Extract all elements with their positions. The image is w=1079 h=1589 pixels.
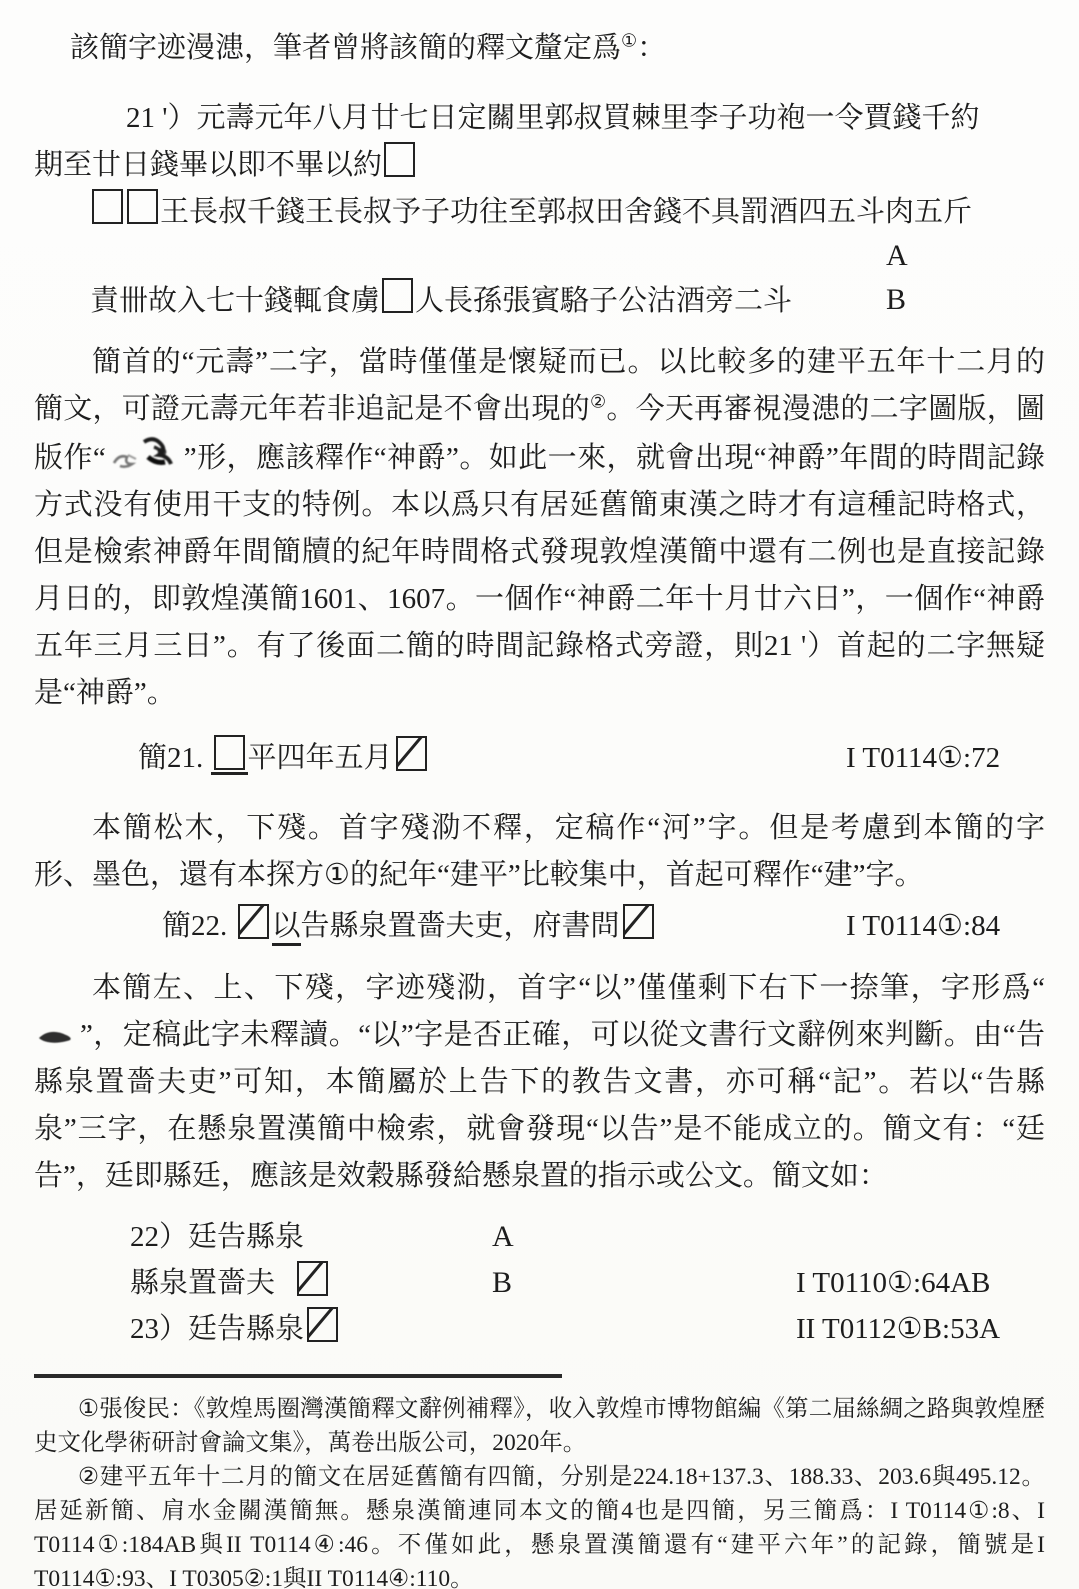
side-label-a: A	[492, 1214, 514, 1260]
quote-row-23: 23）廷告縣泉II T0112①B:53A	[34, 1306, 1045, 1352]
transcription-line-2: 期至廿日錢畢以即不畢以約	[34, 142, 1045, 187]
slip-21-prime-transcription: 21 '）元壽元年八月廿七日定關里郭叔買棘里李子功袍一令賈錢千約 期至廿日錢畢以…	[34, 96, 1045, 323]
slip-22-label: 簡22.	[162, 910, 235, 942]
side-label-a: A	[886, 234, 908, 278]
slip-21-label: 簡21.	[138, 742, 211, 774]
broken-edge-box	[396, 736, 427, 771]
transcription-text: 王長叔千錢王長叔予子功往至郭叔田舍錢不具罰酒四五斗肉五斤	[160, 196, 972, 228]
transcription-text: 責卌故入七十錢輒食虜	[90, 285, 380, 317]
slip-22-text: 告縣泉置嗇夫吏，府書問	[301, 910, 620, 942]
quote-23-catalog-code: II T0112①B:53A	[796, 1306, 1000, 1352]
transcription-text: 21 '）元壽元年八月廿七日定關里郭叔買棘里李子功袍一令賈錢千約	[126, 102, 979, 134]
slip-22-catalog-code: I T0114①:84	[846, 903, 1000, 949]
side-label-b: B	[886, 278, 906, 322]
missing-char-box	[127, 189, 158, 224]
intro-text: 該簡字迹漫漶，筆者曾將該簡的釋文釐定爲	[70, 32, 621, 64]
quote-22-catalog-code: I T0110①:64AB	[796, 1260, 990, 1306]
quote-text: 縣泉置嗇夫	[130, 1267, 275, 1299]
underlined-char: 以	[272, 910, 301, 946]
transcription-line-4: 責卌故入七十錢輒食虜人長孫張賓駱子公沽酒旁二斗B	[34, 278, 1045, 323]
quote-row-22b: 縣泉置嗇夫BI T0110①:64AB	[34, 1260, 1045, 1306]
side-label-b: B	[492, 1260, 512, 1306]
shenjue-calligraphy-image	[108, 433, 182, 477]
slip-21-catalog-code: I T0114①:72	[846, 735, 1000, 781]
transcription-text: 人長孫張賓駱子公沽酒旁二斗	[415, 285, 792, 317]
footnote-2: ②建平五年十二月的簡文在居延舊簡有四簡，分别是224.18+137.3、188.…	[34, 1460, 1045, 1589]
paragraph-text: ”，定稿此字未釋讀。“以”字是否正確，可以從文書行文辭例來判斷。由“告縣泉置嗇夫…	[34, 1019, 1045, 1192]
broken-edge-box	[623, 904, 654, 939]
broken-edge-box	[297, 1261, 328, 1296]
footnote-text: ①張俊民：《敦煌馬圈灣漢簡釋文辭例補釋》，收入敦煌市博物館編《第二届絲綢之路與敦…	[34, 1396, 1045, 1456]
missing-char-box	[92, 189, 123, 224]
broken-edge-box	[307, 1307, 338, 1342]
scanned-paper-page: 該簡字迹漫漶，筆者曾將該簡的釋文釐定爲①： 21 '）元壽元年八月廿七日定關里郭…	[0, 0, 1079, 1589]
missing-char-box	[214, 735, 245, 770]
ink-stroke-image	[36, 1027, 78, 1047]
slip-22-row: 簡22. 以告縣泉置嗇夫吏，府書問I T0114①:84	[34, 903, 1045, 949]
quote-text: 23）廷告縣泉	[130, 1313, 304, 1345]
underlined-missing-char-box	[211, 735, 248, 775]
slip-21-row: 簡21. 平四年五月I T0114①:72	[34, 735, 1045, 781]
quote-row-22: 22）廷告縣泉A	[34, 1214, 1045, 1260]
quote-text: 22）廷告縣泉	[130, 1221, 304, 1253]
paragraph-text: 本簡松木，下殘。首字殘泐不釋，定稿作“河”字。但是考慮到本簡的字形、墨色，還有本…	[34, 812, 1045, 891]
broken-edge-box	[238, 904, 269, 939]
transcription-line-1: 21 '）元壽元年八月廿七日定關里郭叔買棘里李子功袍一令賈錢千約	[34, 96, 1045, 140]
discussion-paragraph-1: 簡首的“元壽”二字，當時僅僅是懷疑而已。以比較多的建平五年十二月的簡文，可證元壽…	[34, 339, 1045, 717]
footnote-ref-2: ②	[590, 391, 606, 411]
missing-char-box	[382, 278, 413, 313]
footnote-text: ②建平五年十二月的簡文在居延舊簡有四簡，分别是224.18+137.3、188.…	[34, 1464, 1045, 1589]
paragraph-text: 本簡左、上、下殘，字迹殘泐，首字“以”僅僅剩下右下一捺筆，字形爲“	[92, 972, 1045, 1004]
footnote-separator-line	[34, 1374, 562, 1378]
footnote-1: ①張俊民：《敦煌馬圈灣漢簡釋文辭例補釋》，收入敦煌市博物館編《第二届絲綢之路與敦…	[34, 1392, 1045, 1460]
paragraph-text: ”形，應該釋作“神爵”。如此一來，就會出現“神爵”年間的時間記錄方式没有使用干支…	[34, 442, 1045, 709]
transcription-line-3: 王長叔千錢王長叔予子功往至郭叔田舍錢不具罰酒四五斗肉五斤	[34, 189, 1045, 234]
slip-21-text: 平四年五月	[248, 742, 393, 774]
intro-paragraph: 該簡字迹漫漶，筆者曾將該簡的釋文釐定爲①：	[34, 26, 1045, 70]
discussion-paragraph-2: 本簡松木，下殘。首字殘泐不釋，定稿作“河”字。但是考慮到本簡的字形、墨色，還有本…	[34, 805, 1045, 899]
footnote-ref-1: ①	[621, 30, 637, 50]
quoted-slips-block: 22）廷告縣泉A 縣泉置嗇夫BI T0110①:64AB 23）廷告縣泉II T…	[34, 1214, 1045, 1352]
transcription-text: 期至廿日錢畢以即不畢以約	[34, 149, 382, 181]
transcription-side-a-row: A	[34, 234, 1045, 278]
discussion-paragraph-3: 本簡左、上、下殘，字迹殘泐，首字“以”僅僅剩下右下一捺筆，字形爲“”，定稿此字未…	[34, 965, 1045, 1200]
missing-char-box	[384, 142, 415, 177]
intro-colon: ：	[637, 32, 666, 64]
